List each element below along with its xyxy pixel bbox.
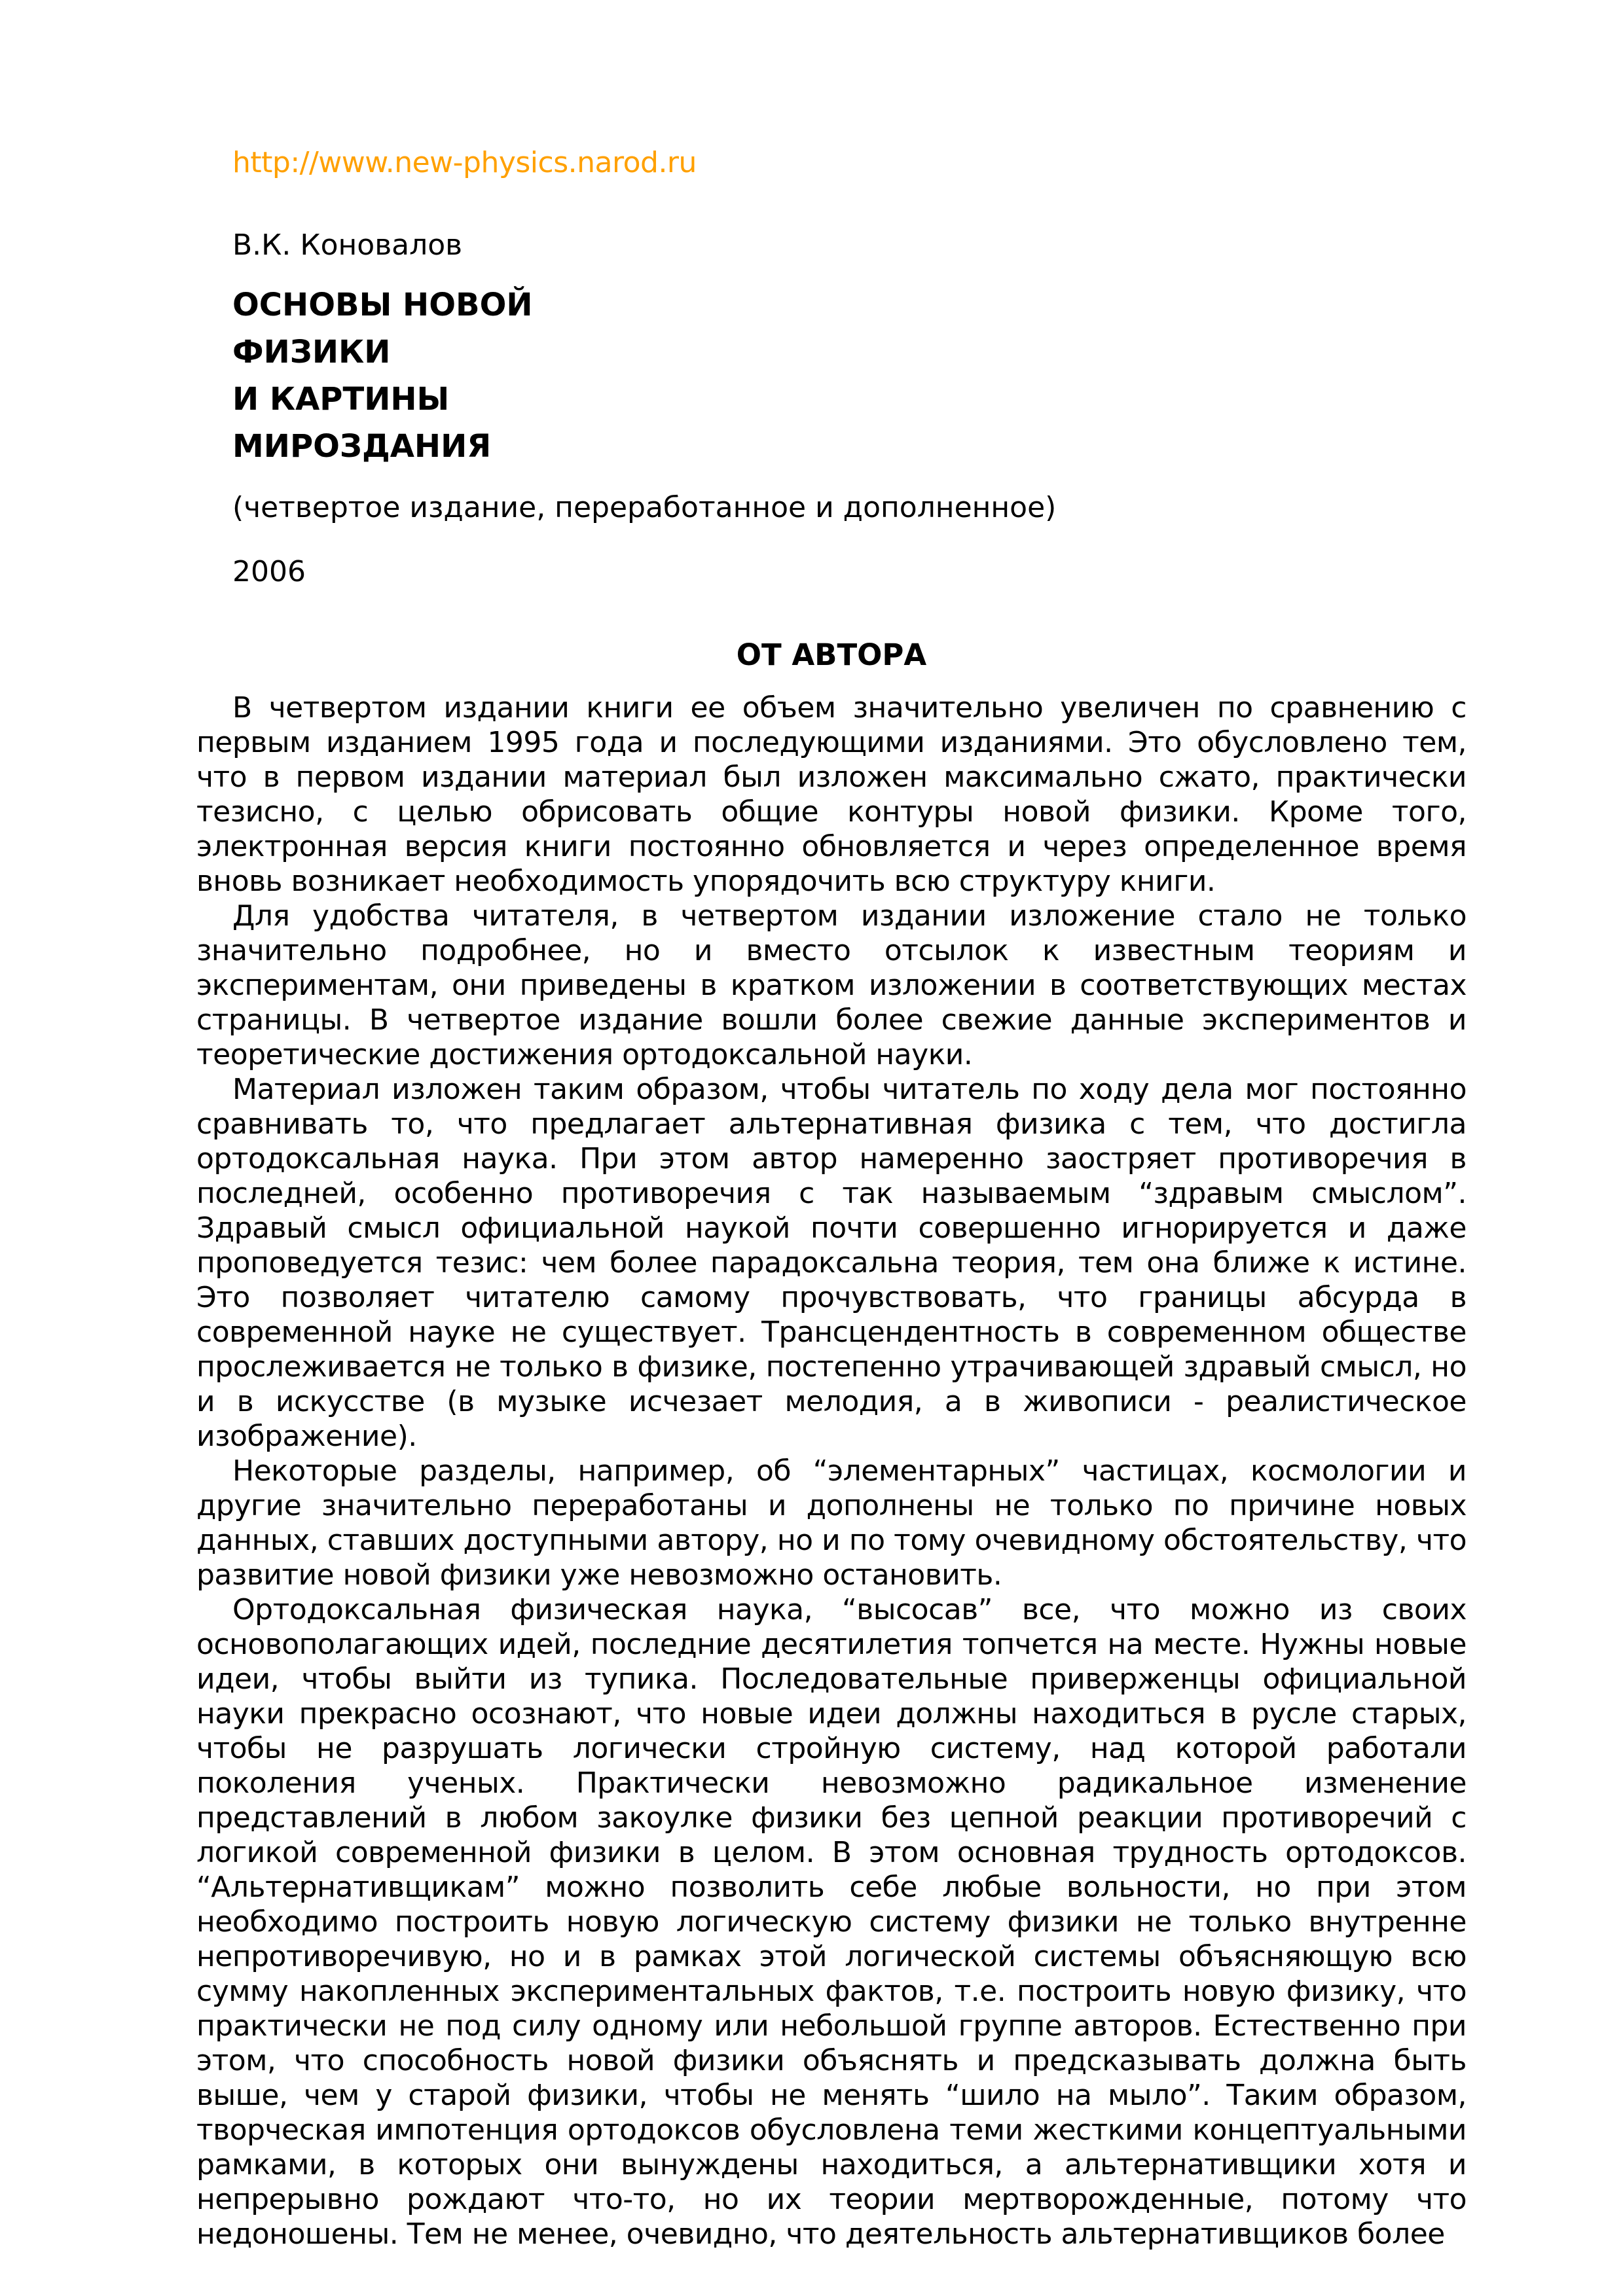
author-name: В.К. Коновалов [196,228,1467,262]
body-paragraph: Материал изложен таким образом, чтобы чи… [196,1072,1467,1454]
publication-year: 2006 [196,554,1467,589]
body-paragraph: Ортодоксальная физическая наука, “высоса… [196,1592,1467,2251]
site-url-link[interactable]: http://www.new-physics.narod.ru [196,145,1467,180]
section-heading: ОТ АВТОРА [196,637,1467,672]
document-page: http://www.new-physics.narod.ru В.К. Кон… [0,0,1623,2296]
body-paragraph: Некоторые разделы, например, об “элемент… [196,1454,1467,1592]
body-text: В четвертом издании книги ее объем значи… [196,691,1467,2251]
book-title-line: МИРОЗДАНИЯ [232,423,1467,470]
book-title: ОСНОВЫ НОВОЙ ФИЗИКИ И КАРТИНЫ МИРОЗДАНИЯ [196,281,1467,470]
edition-note: (четвертое издание, переработанное и доп… [196,490,1467,525]
book-title-line: И КАРТИНЫ [232,376,1467,423]
body-paragraph: В четвертом издании книги ее объем значи… [196,691,1467,899]
document-content: http://www.new-physics.narod.ru В.К. Кон… [196,0,1467,2251]
book-title-line: ФИЗИКИ [232,329,1467,376]
body-paragraph: Для удобства читателя, в четвертом издан… [196,899,1467,1072]
book-title-line: ОСНОВЫ НОВОЙ [232,281,1467,329]
